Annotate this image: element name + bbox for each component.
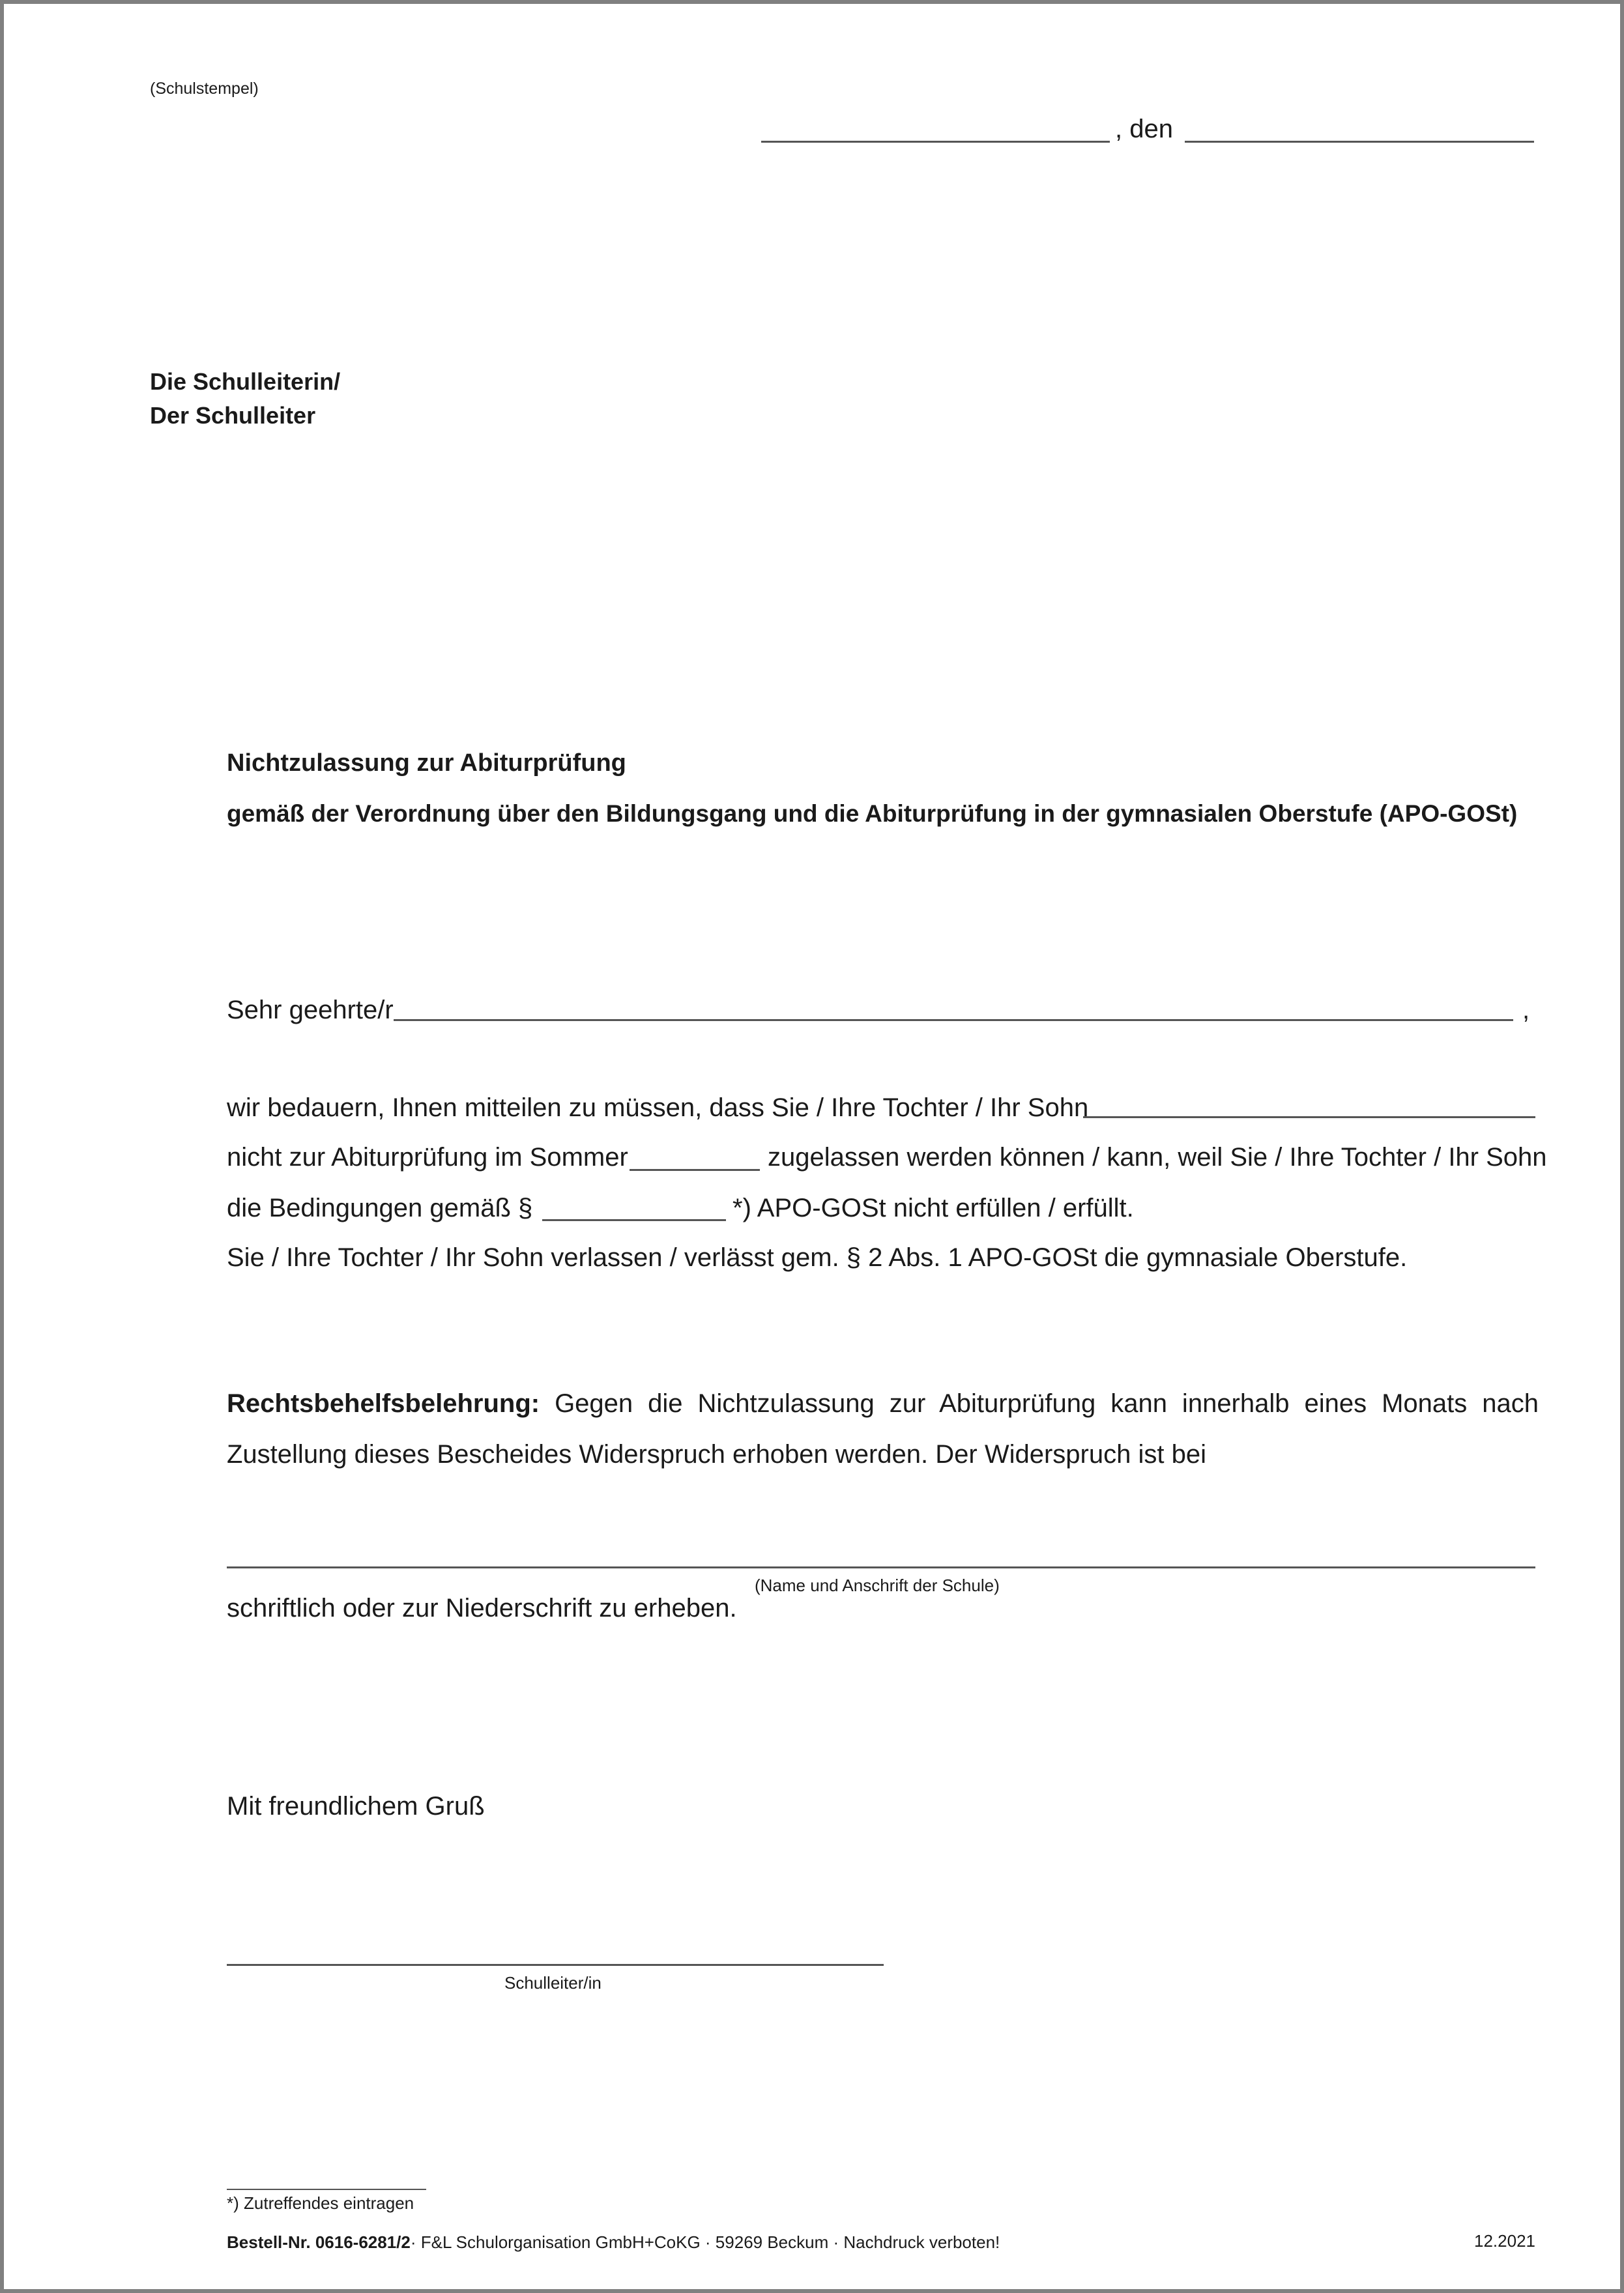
signature-caption: Schulleiter/in [504,1973,602,1993]
sender-line-1: Die Schulleiterin/ [150,365,340,399]
paragraph-number-field[interactable] [542,1219,726,1221]
footnote-divider [227,2189,426,2190]
sender-line-2: Der Schulleiter [150,399,340,433]
footnote-text: *) Zutreffendes eintragen [227,2193,414,2214]
publisher-info: · F&L Schulorganisation GmbH+CoKG · 5926… [411,2232,1000,2252]
student-name-field[interactable] [1083,1116,1535,1118]
subject-title: Nichtzulassung zur Abiturprüfung [227,749,626,777]
form-version: 12.2021 [1474,2231,1535,2251]
salutation-prefix: Sehr geehrte/r [227,996,394,1025]
document-page: (Schulstempel) , den Die Schulleiterin/ … [0,0,1624,2293]
place-date-separator: , den [1115,115,1173,144]
legal-notice-line-1: Rechtsbehelfsbelehrung: Gegen die Nichtz… [227,1389,1539,1419]
body-line-2-part-2: zugelassen werden können / kann, weil Si… [768,1143,1547,1172]
school-address-field[interactable] [227,1566,1535,1568]
signature-field[interactable] [227,1964,884,1966]
legal-notice-line-1-text: Gegen die Nichtzulassung zur Abiturprüfu… [555,1389,1539,1418]
school-address-caption: (Name und Anschrift der Schule) [755,1576,1000,1596]
body-line-1: wir bedauern, Ihnen mitteilen zu müssen,… [227,1093,1088,1123]
date-field[interactable] [1185,141,1534,143]
footer-imprint: Bestell-Nr. 0616-6281/2· F&L Schulorgani… [227,2232,1000,2253]
legal-notice-line-3: schriftlich oder zur Niederschrift zu er… [227,1594,737,1623]
school-stamp-label: (Schulstempel) [150,79,259,98]
order-number: Bestell-Nr. 0616-6281/2 [227,2232,411,2252]
body-line-3-part-1: die Bedingungen gemäß § [227,1194,532,1223]
recipient-name-field[interactable] [394,1019,1513,1021]
sender-block: Die Schulleiterin/ Der Schulleiter [150,365,340,433]
body-line-3-part-2: *) APO-GOSt nicht erfüllen / erfüllt. [732,1194,1134,1223]
salutation-comma: , [1522,996,1530,1025]
closing-greeting: Mit freundlichem Gruß [227,1792,485,1821]
body-line-2-part-1: nicht zur Abiturprüfung im Sommer [227,1143,628,1172]
body-line-4: Sie / Ihre Tochter / Ihr Sohn verlassen … [227,1243,1407,1273]
summer-year-field[interactable] [630,1169,760,1171]
place-field[interactable] [761,141,1110,143]
subject-subtitle: gemäß der Verordnung über den Bildungsga… [227,800,1517,828]
legal-notice-line-2: Zustellung dieses Bescheides Widerspruch… [227,1440,1206,1469]
legal-notice-label: Rechtsbehelfsbelehrung: [227,1389,540,1418]
